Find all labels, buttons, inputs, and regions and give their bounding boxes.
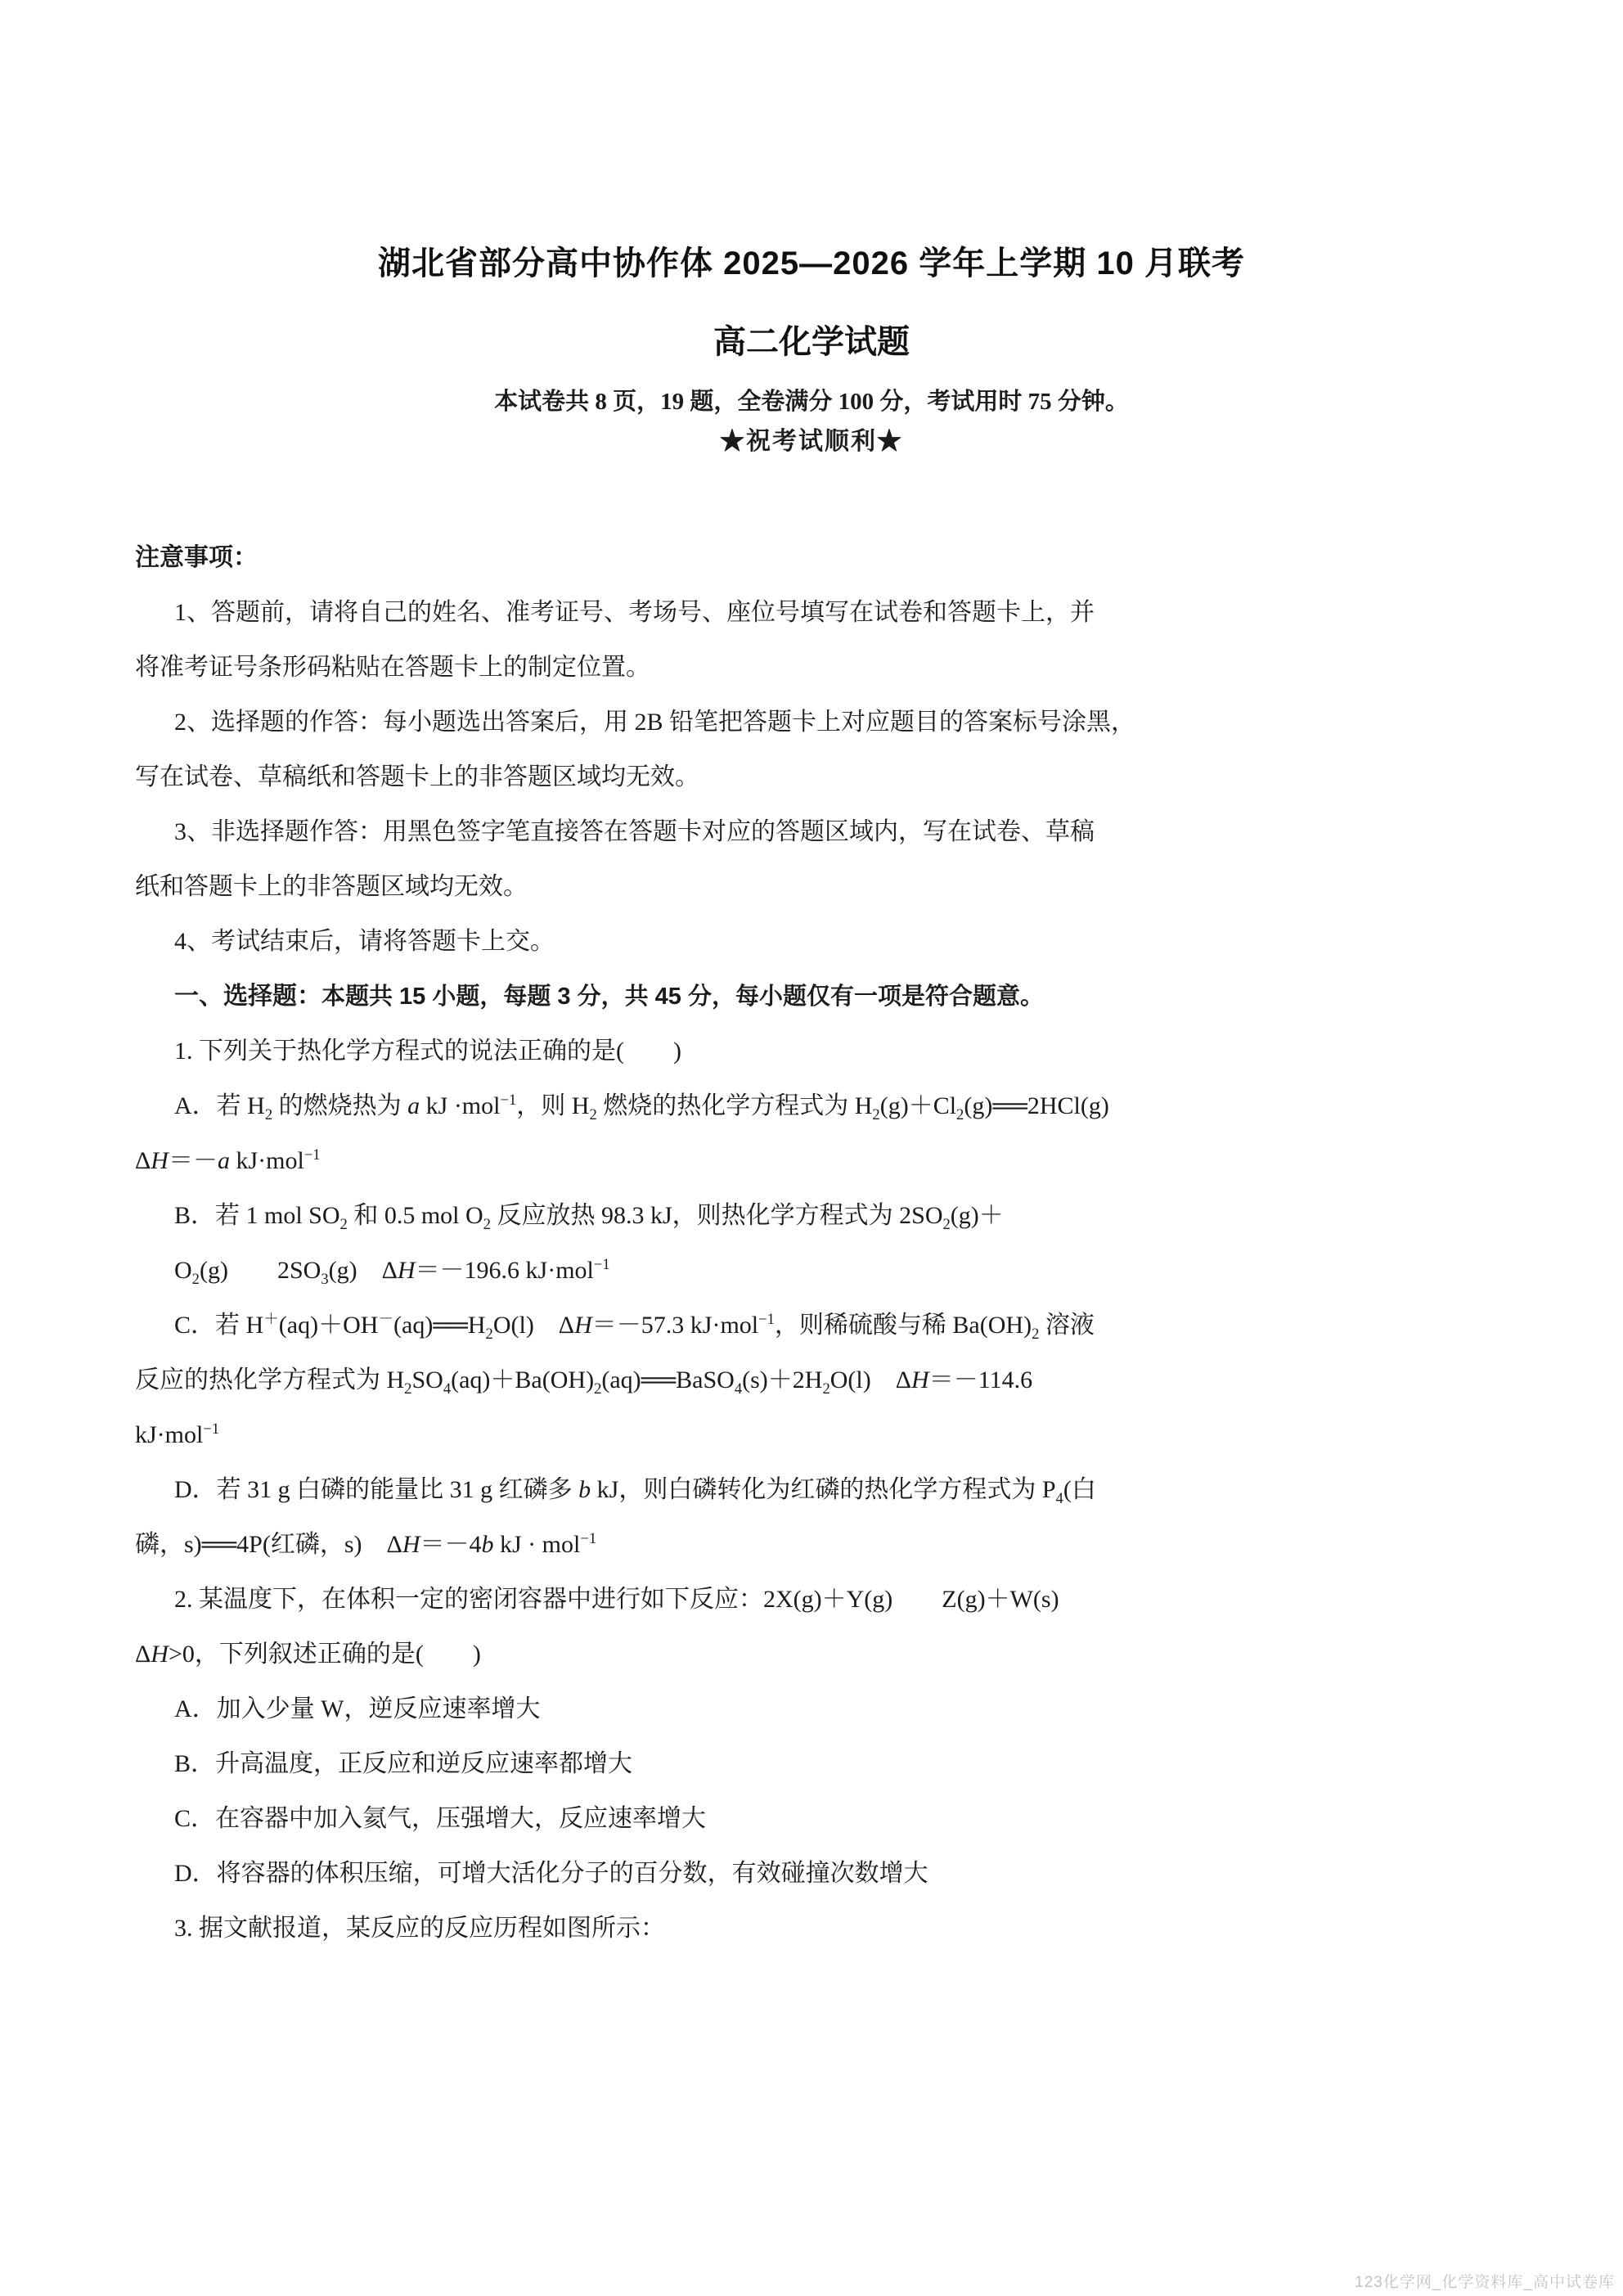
exam-blessing: ★祝考试顺利★ [0,421,1623,457]
question-2-stem-line-2: ΔH>0，下列叙述正确的是( ) [135,1627,1492,1681]
question-2-option-a: A．加入少量 W，逆反应速率增大 [135,1681,1492,1736]
question-1-option-c-line-1: C．若 H＋(aq)＋OH－(aq)══H2O(l) ΔH＝－57.3 kJ·m… [135,1298,1492,1353]
question-1-option-d-line-2: 磷，s)══4P(红磷，s) ΔH＝－4b kJ · mol−1 [135,1517,1492,1572]
notice-item-3-line-2: 纸和答题卡上的非答题区域均无效。 [135,859,1492,914]
notice-item-3-line-1: 3、非选择题作答：用黑色签字笔直接答在答题卡对应的答题区域内，写在试卷、草稿 [135,804,1492,859]
question-1-option-c-line-2: 反应的热化学方程式为 H2SO4(aq)＋Ba(OH)2(aq)══BaSO4(… [135,1353,1492,1407]
exam-subtitle: 高二化学试题 [0,316,1623,362]
notice-item-2-line-1: 2、选择题的作答：每小题选出答案后，用 2B 铅笔把答题卡上对应题目的答案标号涂… [135,695,1492,750]
question-1-option-c-line-3: kJ·mol−1 [135,1407,1492,1462]
document-body: 注意事项：1、答题前，请将自己的姓名、准考证号、考场号、座位号填写在试卷和答题卡… [135,530,1492,1956]
question-3-stem: 3. 据文献报道，某反应的反应历程如图所示： [135,1901,1492,1956]
exam-paper-page: 湖北省部分高中协作体 2025—2026 学年上学期 10 月联考 高二化学试题… [0,0,1623,2296]
question-1-option-a-line-2: ΔH＝－a kJ·mol−1 [135,1133,1492,1188]
question-1-option-d-line-1: D．若 31 g 白磷的能量比 31 g 红磷多 b kJ，则白磷转化为红磷的热… [135,1462,1492,1517]
section-1-heading: 一、选择题：本题共 15 小题，每题 3 分，共 45 分，每小题仅有一项是符合… [135,969,1492,1024]
question-2-option-b: B．升高温度，正反应和逆反应速率都增大 [135,1736,1492,1791]
question-1-option-b-line-1: B．若 1 mol SO2 和 0.5 mol O2 反应放热 98.3 kJ，… [135,1188,1492,1243]
watermark-text: 123化学网_化学资料库_高中试卷库 [1355,2270,1615,2292]
question-2-stem-line-1: 2. 某温度下，在体积一定的密闭容器中进行如下反应：2X(g)＋Y(g) Z(g… [135,1572,1492,1627]
exam-info-line: 本试卷共 8 页，19 题，全卷满分 100 分，考试用时 75 分钟。 [0,383,1623,416]
question-1-stem: 1. 下列关于热化学方程式的说法正确的是( ) [135,1024,1492,1078]
notice-item-2-line-2: 写在试卷、草稿纸和答题卡上的非答题区域均无效。 [135,750,1492,804]
notice-heading: 注意事项： [135,530,1492,585]
question-1-option-a-line-1: A．若 H2 的燃烧热为 a kJ ·mol−1，则 H2 燃烧的热化学方程式为… [135,1078,1492,1133]
question-2-option-c: C．在容器中加入氦气，压强增大，反应速率增大 [135,1791,1492,1846]
notice-item-1-line-2: 将准考证号条形码粘贴在答题卡上的制定位置。 [135,640,1492,695]
question-2-option-d: D．将容器的体积压缩，可增大活化分子的百分数，有效碰撞次数增大 [135,1846,1492,1901]
notice-item-1-line-1: 1、答题前，请将自己的姓名、准考证号、考场号、座位号填写在试卷和答题卡上，并 [135,585,1492,640]
notice-item-4: 4、考试结束后，请将答题卡上交。 [135,914,1492,969]
question-1-option-b-line-2: O2(g) 2SO3(g) ΔH＝－196.6 kJ·mol−1 [135,1243,1492,1298]
exam-title: 湖北省部分高中协作体 2025—2026 学年上学期 10 月联考 [0,237,1623,284]
